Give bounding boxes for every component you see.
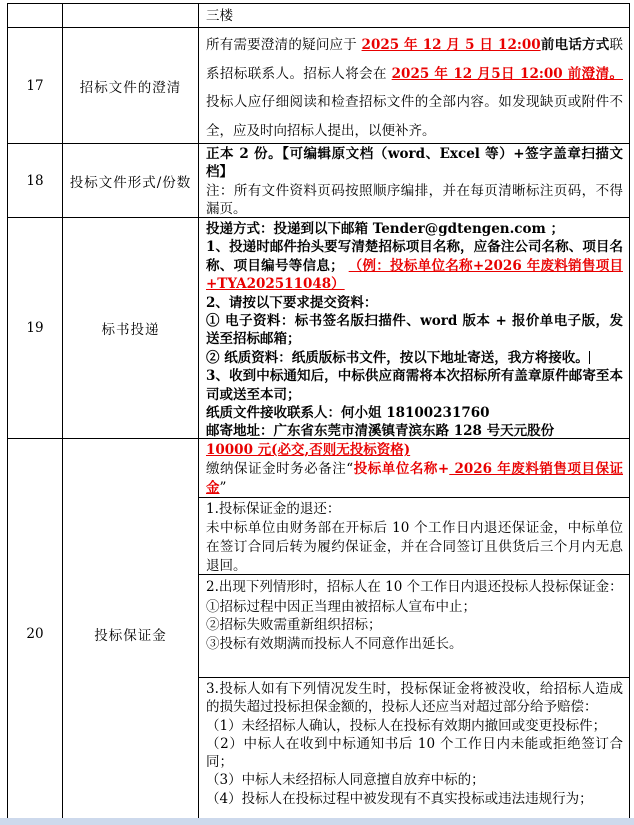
text-segment: 未中标单位由财务部在开标后 10 个工作日内退还保证金，中标单位在签订合同后转为… <box>206 520 623 574</box>
text-segment: （1）未经招标人确认，投标人在投标有效期内撤回或变更投标件； <box>206 718 606 734</box>
text-segment: ② 纸质资料：纸质版标书文件，按以下地址寄送，我方将接收。 <box>206 350 589 366</box>
condition-item-2: ②招标失败需重新组织招标； <box>206 616 623 634</box>
paper-material-line: ② 纸质资料：纸质版标书文件，按以下地址寄送，我方将接收。 <box>206 349 623 367</box>
condition-item-1: ①招标过程中因正当理由被招标人宣布中止； <box>206 598 623 616</box>
condition-item-3: ③投标有效期满而投标人不同意作出延长。 <box>206 635 623 653</box>
row-number-cell: 19 <box>8 218 63 438</box>
row-number-cell: 20 <box>8 439 63 825</box>
tender-info-table: 三楼 17 招标文件的澄清 所有需要澄清的疑问应于 2025 年 12 月 5 … <box>7 3 630 825</box>
text-segment: 缴纳保证金时务必备注“ <box>206 461 353 477</box>
table-row-20: 20 投标保证金 10000 元(必交,否则无投标资格) 缴纳保证金时务必备注“… <box>8 439 629 825</box>
row-number-cell <box>8 4 63 27</box>
submit-requirements-line: 2、请按以下要求提交资料： <box>206 294 623 312</box>
page-number-note: 注：所有文件资料页码按照顺序编排，并在每页清晰标注页码，不得漏页。 <box>206 182 623 219</box>
email-subject-line: 1、投递时邮件抬头要写清楚招标项目名称，应备注公司名称、项目名称、项目编号等信息… <box>206 238 623 293</box>
row-content-cell: 所有需要澄清的疑问应于 2025 年 12 月 5 日 12:00前电话方式联系… <box>199 28 629 143</box>
row-category-cell: 标书投递 <box>63 218 199 438</box>
remark-name-text: 投标单位名称+ <box>353 461 449 477</box>
text-segment: 1.投标保证金的退还： <box>206 501 340 517</box>
row-content-cell: 10000 元(必交,否则无投标资格) 缴纳保证金时务必备注“投标单位名称+ 2… <box>199 439 629 825</box>
text-segment: （2）中标人在收到中标通知书后 10 个工作日内未能或拒绝签订合同； <box>206 736 623 770</box>
text-segment: 电话方式 <box>555 37 610 53</box>
text-segment: 2、请按以下要求提交资料： <box>206 295 377 311</box>
row-number-cell: 18 <box>8 144 63 217</box>
bottom-window-strip <box>0 818 634 825</box>
row-category-cell <box>63 4 199 27</box>
row-content-cell: 投递方式：投递到以下邮箱 Tender@gdtengen.com ； 1、投递时… <box>199 218 629 438</box>
email-text: 投递方式：投递到以下邮箱 Tender@gdtengen.com ； <box>206 221 564 237</box>
text-segment: 注：所有文件资料页码按照顺序编排，并在每页清晰标注页码，不得漏页。 <box>206 183 623 217</box>
deposit-amount-line: 10000 元(必交,否则无投标资格) <box>206 441 623 460</box>
table-row-17: 17 招标文件的澄清 所有需要澄清的疑问应于 2025 年 12 月 5 日 1… <box>8 28 629 144</box>
row-category-cell: 招标文件的澄清 <box>63 28 199 143</box>
forfeit-title-line: 3.投标人如有下列情况发生时，投标保证金将被没收，给招标人造成的损失超过投标担保… <box>206 680 623 717</box>
text-segment: ” <box>220 480 227 496</box>
text-segment: 2.出现下列情形时，招标人在 10 个工作日内退还投标人投标保证金： <box>206 579 623 595</box>
electronic-material-line: ① 电子资料：标书签名版扫描件、word 版本 + 报价单电子版，发送至招标邮箱… <box>206 312 623 349</box>
text-cursor-icon <box>589 351 591 364</box>
refund-detail-line: 未中标单位由财务部在开标后 10 个工作日内退还保证金，中标单位在签订合同后转为… <box>206 519 623 576</box>
cell-text: 三楼 <box>206 8 233 24</box>
refund-title-line: 1.投标保证金的退还： <box>206 500 623 519</box>
text-segment: ①招标过程中因正当理由被招标人宣布中止； <box>206 599 476 615</box>
forfeit-item-4: （4）投标人在投标过程中被发现有不真实投标或违法违规行为； <box>206 790 623 808</box>
contact-person-line: 纸质文件接收联系人：何小姐 18100231760 <box>206 404 623 422</box>
refund-conditions-cell: 2.出现下列情形时，招标人在 10 个工作日内退还投标人投标保证金： ①招标过程… <box>199 575 629 678</box>
text-segment: 前 <box>541 37 555 53</box>
clarification-text: 所有需要澄清的疑问应于 2025 年 12 月 5 日 12:00前电话方式联系… <box>206 31 623 145</box>
forfeit-item-3: （3）中标人未经招标人同意擅自放弃中标的； <box>206 771 623 789</box>
row-category-cell: 投标文件形式/份数 <box>63 144 199 217</box>
row-number: 20 <box>26 626 43 642</box>
row-category: 投标文件形式/份数 <box>70 171 192 191</box>
table-row-19: 19 标书投递 投递方式：投递到以下邮箱 Tender@gdtengen.com… <box>8 218 629 439</box>
award-notice-line: 3、收到中标通知后，中标供应商需将本次招标所有盖章原件邮寄至本司或送至本司； <box>206 367 623 404</box>
deadline-date-text: 2025 年 12 月 5 日 12:00 <box>362 37 541 53</box>
text-segment: ① 电子资料：标书签名版扫描件、word 版本 + 报价单电子版，发送至招标邮箱… <box>206 313 623 347</box>
delivery-method-line: 投递方式：投递到以下邮箱 Tender@gdtengen.com ； <box>206 220 623 238</box>
text-segment: 投标人应仔细阅读和检查招标文件的全部内容。如发现缺页或附件不全，应及时向招标人提… <box>206 94 623 139</box>
text-segment: 所有需要澄清的疑问应于 <box>206 37 362 53</box>
deposit-refund-cell: 1.投标保证金的退还： 未中标单位由财务部在开标后 10 个工作日内退还保证金，… <box>199 498 629 575</box>
table-row-previous: 三楼 <box>8 4 629 28</box>
deposit-amount-text: 10000 元(必交,否则无投标资格) <box>206 442 410 458</box>
text-segment: ②招标失败需重新组织招标； <box>206 617 382 633</box>
text-segment: （4）投标人在投标过程中被发现有不真实投标或违法违规行为； <box>206 791 593 807</box>
document-page: 三楼 17 招标文件的澄清 所有需要澄清的疑问应于 2025 年 12 月 5 … <box>0 0 634 825</box>
deposit-remark-line: 缴纳保证金时务必备注“投标单位名称+ 2026 年废料销售项目保证金” <box>206 460 623 498</box>
row-category: 标书投递 <box>102 318 160 338</box>
text-segment: （3）中标人未经招标人同意擅自放弃中标的； <box>206 772 485 788</box>
conditions-title-line: 2.出现下列情形时，招标人在 10 个工作日内退还投标人投标保证金： <box>206 577 623 598</box>
row-category: 招标文件的澄清 <box>80 76 182 96</box>
table-row-18: 18 投标文件形式/份数 正本 2 份。【可编辑原文档（word、Excel 等… <box>8 144 629 218</box>
row-number-cell: 17 <box>8 28 63 143</box>
row-category-cell: 投标保证金 <box>63 439 199 825</box>
row-number: 17 <box>26 78 43 94</box>
text-segment: 正本 2 份。【可编辑原文档（word、Excel 等）+签字盖章扫描文档】 <box>206 146 623 180</box>
contact-text: 纸质文件接收联系人：何小姐 18100231760 <box>206 405 490 421</box>
deposit-forfeit-cell: 3.投标人如有下列情况发生时，投标保证金将被没收，给招标人造成的损失超过投标担保… <box>199 678 629 825</box>
document-form-text: 正本 2 份。【可编辑原文档（word、Excel 等）+签字盖章扫描文档】 <box>206 145 623 182</box>
row-category: 投标保证金 <box>94 624 167 644</box>
deposit-amount-cell: 10000 元(必交,否则无投标资格) 缴纳保证金时务必备注“投标单位名称+ 2… <box>199 439 629 498</box>
clarify-date-text: 2025 年 12 月5日 12:00 前澄清。 <box>392 66 623 82</box>
text-segment: 3.投标人如有下列情况发生时，投标保证金将被没收，给招标人造成的损失超过投标担保… <box>206 681 623 715</box>
forfeit-item-1: （1）未经招标人确认，投标人在投标有效期内撤回或变更投标件； <box>206 717 623 735</box>
address-text: 邮寄地址：广东省东莞市清溪镇青滨东路 128 号天元股份 <box>206 423 554 439</box>
row-content-cell: 三楼 <box>199 4 629 27</box>
row-content-cell: 正本 2 份。【可编辑原文档（word、Excel 等）+签字盖章扫描文档】 注… <box>199 144 629 217</box>
text-segment: ③投标有效期满而投标人不同意作出延长。 <box>206 636 463 652</box>
row-number: 19 <box>26 320 43 336</box>
row-number: 18 <box>26 173 43 189</box>
forfeit-item-2: （2）中标人在收到中标通知书后 10 个工作日内未能或拒绝签订合同； <box>206 735 623 772</box>
text-segment: 3、收到中标通知后，中标供应商需将本次招标所有盖章原件邮寄至本司或送至本司； <box>206 368 623 402</box>
